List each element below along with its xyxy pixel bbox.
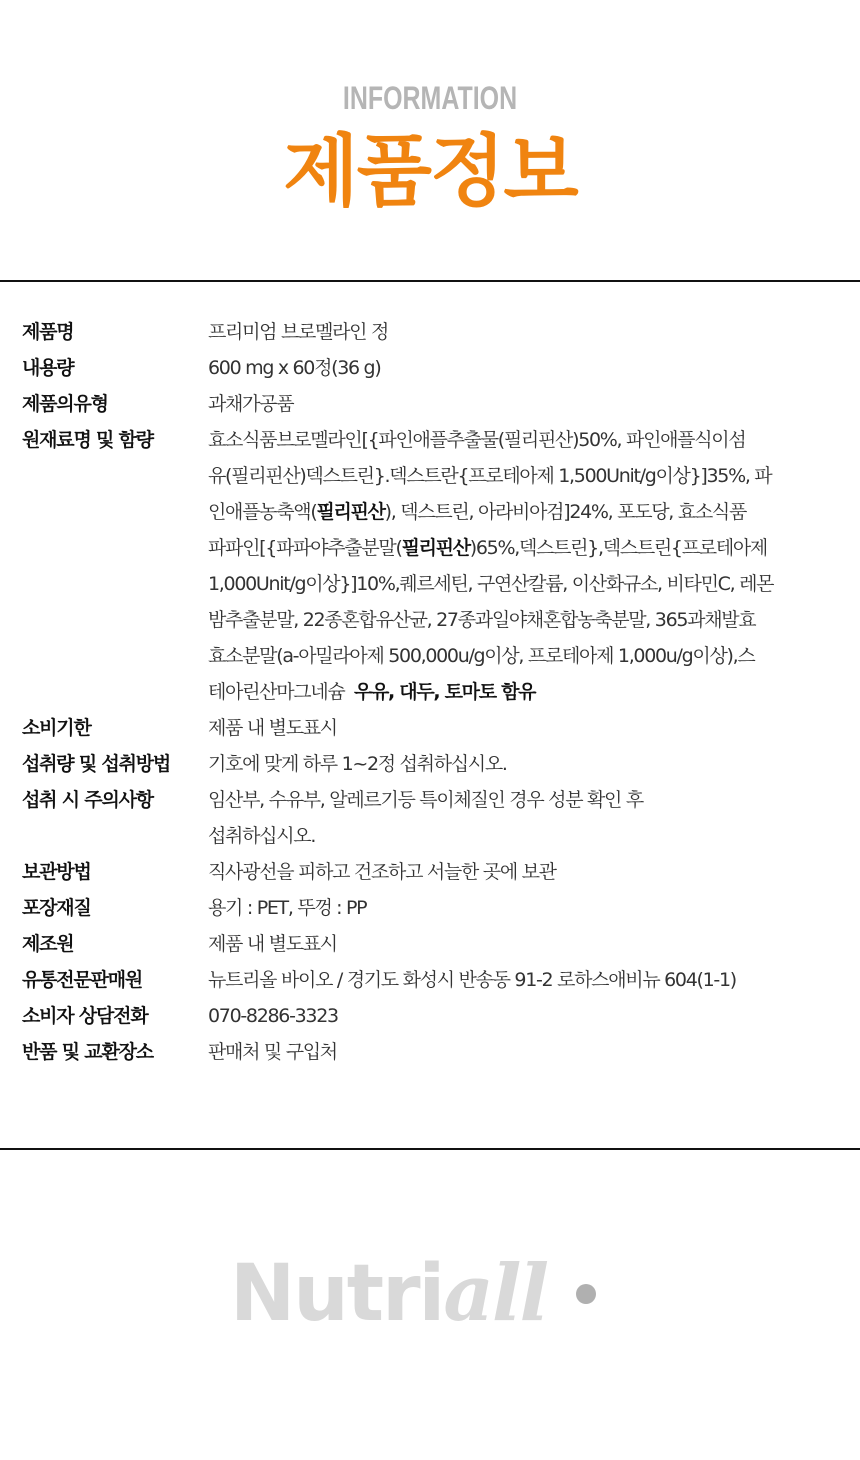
info-value-line: 효소식품브로멜라인[{파인애플추출물(필리핀산)50%, 파인애플식이섬 bbox=[208, 422, 852, 458]
info-label: 포장재질 bbox=[22, 890, 208, 926]
info-label: 섭취량 및 섭취방법 bbox=[22, 746, 208, 782]
info-value-line: 용기 : PET, 뚜껑 : PP bbox=[208, 890, 852, 926]
info-value-line: 효소분말(a-아밀라아제 500,000u/g이상, 프로테아제 1,000u/… bbox=[208, 638, 852, 674]
page-title: 제품정보 bbox=[0, 126, 860, 218]
info-value: 프리미엄 브로멜라인 정 bbox=[208, 314, 852, 350]
logo-wordmark: Nutriall bbox=[230, 1244, 547, 1344]
info-value-line: 유(필리핀산)덱스트린}.덱스트란{프로테아제 1,500Unit/g이상}]3… bbox=[208, 458, 852, 494]
info-label: 소비기한 bbox=[22, 710, 208, 746]
text-segment: 파파인[{파파야추출분말( bbox=[208, 537, 402, 559]
info-label: 제품의유형 bbox=[22, 386, 208, 422]
info-value-line: 뉴트리올 바이오 / 경기도 화성시 반송동 91-2 로하스애비뉴 604(1… bbox=[208, 962, 852, 998]
logo-dot-icon bbox=[576, 1284, 596, 1304]
info-row-manufacturer: 제조원 제품 내 별도표시 bbox=[22, 926, 852, 962]
info-value: 효소식품브로멜라인[{파인애플추출물(필리핀산)50%, 파인애플식이섬 유(필… bbox=[208, 422, 852, 710]
info-row-ingredients: 원재료명 및 함량 효소식품브로멜라인[{파인애플추출물(필리핀산)50%, 파… bbox=[22, 422, 852, 710]
info-label: 보관방법 bbox=[22, 854, 208, 890]
text-segment: 인애플농축액( bbox=[208, 501, 316, 523]
info-row-volume: 내용량 600 mg x 60정(36 g) bbox=[22, 350, 852, 386]
info-label: 유통전문판매원 bbox=[22, 962, 208, 998]
info-value: 직사광선을 피하고 건조하고 서늘한 곳에 보관 bbox=[208, 854, 852, 890]
top-divider bbox=[0, 280, 860, 282]
info-row-expiry: 소비기한 제품 내 별도표시 bbox=[22, 710, 852, 746]
info-value-line: 과채가공품 bbox=[208, 386, 852, 422]
info-row-precautions: 섭취 시 주의사항 임산부, 수유부, 알레르기등 특이체질인 경우 성분 확인… bbox=[22, 782, 852, 854]
info-row-returns: 반품 및 교환장소 판매처 및 구입처 bbox=[22, 1034, 852, 1070]
info-value: 600 mg x 60정(36 g) bbox=[208, 350, 852, 386]
info-value: 뉴트리올 바이오 / 경기도 화성시 반송동 91-2 로하스애비뉴 604(1… bbox=[208, 962, 852, 998]
text-segment: ), 덱스트린, 아라비아검]24%, 포도당, 효소식품 bbox=[385, 501, 746, 523]
info-value: 용기 : PET, 뚜껑 : PP bbox=[208, 890, 852, 926]
allergen-notice: 우유, 대두, 토마토 함유 bbox=[354, 681, 535, 703]
info-row-distributor: 유통전문판매원 뉴트리올 바이오 / 경기도 화성시 반송동 91-2 로하스애… bbox=[22, 962, 852, 998]
info-label: 내용량 bbox=[22, 350, 208, 386]
logo-text-bold: Nutri bbox=[230, 1249, 443, 1339]
info-row-dosage: 섭취량 및 섭취방법 기호에 맞게 하루 1~2정 섭취하십시오. bbox=[22, 746, 852, 782]
info-label: 원재료명 및 함량 bbox=[22, 422, 208, 458]
info-value-line: 프리미엄 브로멜라인 정 bbox=[208, 314, 852, 350]
brand-logo: Nutriall bbox=[230, 1244, 610, 1344]
info-label: 반품 및 교환장소 bbox=[22, 1034, 208, 1070]
info-label: 제품명 bbox=[22, 314, 208, 350]
text-segment: 테아린산마그네슘 bbox=[208, 681, 349, 703]
bottom-divider bbox=[0, 1148, 860, 1150]
section-eyebrow: INFORMATION bbox=[95, 80, 766, 117]
info-value-line: 제품 내 별도표시 bbox=[208, 710, 852, 746]
origin-highlight: 필리핀산 bbox=[316, 501, 384, 523]
product-info-table: 제품명 프리미엄 브로멜라인 정 내용량 600 mg x 60정(36 g) … bbox=[22, 314, 852, 1070]
info-value-line: 파파인[{파파야추출분말(필리핀산)65%,덱스트린},덱스트린{프로테아제 bbox=[208, 530, 852, 566]
info-value-line: 제품 내 별도표시 bbox=[208, 926, 852, 962]
info-value-line: 1,000Unit/g이상}]10%,퀘르세틴, 구연산칼륨, 이산화규소, 비… bbox=[208, 566, 852, 602]
info-value-line: 판매처 및 구입처 bbox=[208, 1034, 852, 1070]
info-value: 판매처 및 구입처 bbox=[208, 1034, 852, 1070]
info-value-line: 인애플농축액(필리핀산), 덱스트린, 아라비아검]24%, 포도당, 효소식품 bbox=[208, 494, 852, 530]
info-value-line: 070-8286-3323 bbox=[208, 998, 852, 1034]
info-value: 제품 내 별도표시 bbox=[208, 926, 852, 962]
info-value: 기호에 맞게 하루 1~2정 섭취하십시오. bbox=[208, 746, 852, 782]
info-value-line: 섭취하십시오. bbox=[208, 818, 852, 854]
text-segment: )65%,덱스트린},덱스트린{프로테아제 bbox=[470, 537, 767, 559]
info-value: 제품 내 별도표시 bbox=[208, 710, 852, 746]
info-value: 임산부, 수유부, 알레르기등 특이체질인 경우 성분 확인 후 섭취하십시오. bbox=[208, 782, 852, 854]
info-row-storage: 보관방법 직사광선을 피하고 건조하고 서늘한 곳에 보관 bbox=[22, 854, 852, 890]
logo-text-script: all bbox=[443, 1248, 547, 1339]
info-value-line: 기호에 맞게 하루 1~2정 섭취하십시오. bbox=[208, 746, 852, 782]
info-label: 제조원 bbox=[22, 926, 208, 962]
info-value-line: 임산부, 수유부, 알레르기등 특이체질인 경우 성분 확인 후 bbox=[208, 782, 852, 818]
info-value-line: 600 mg x 60정(36 g) bbox=[208, 350, 852, 386]
info-value-line: 직사광선을 피하고 건조하고 서늘한 곳에 보관 bbox=[208, 854, 852, 890]
info-value-line: 밤추출분말, 22종혼합유산균, 27종과일야채혼합농축분말, 365과채발효 bbox=[208, 602, 852, 638]
info-value: 070-8286-3323 bbox=[208, 998, 852, 1034]
info-header: INFORMATION 제품정보 bbox=[0, 0, 860, 280]
info-row-phone: 소비자 상담전화 070-8286-3323 bbox=[22, 998, 852, 1034]
info-row-product-type: 제품의유형 과채가공품 bbox=[22, 386, 852, 422]
info-row-product-name: 제품명 프리미엄 브로멜라인 정 bbox=[22, 314, 852, 350]
info-value-line: 테아린산마그네슘 우유, 대두, 토마토 함유 bbox=[208, 674, 852, 710]
info-label: 섭취 시 주의사항 bbox=[22, 782, 208, 818]
origin-highlight: 필리핀산 bbox=[402, 537, 470, 559]
info-label: 소비자 상담전화 bbox=[22, 998, 208, 1034]
info-value: 과채가공품 bbox=[208, 386, 852, 422]
info-row-packaging: 포장재질 용기 : PET, 뚜껑 : PP bbox=[22, 890, 852, 926]
